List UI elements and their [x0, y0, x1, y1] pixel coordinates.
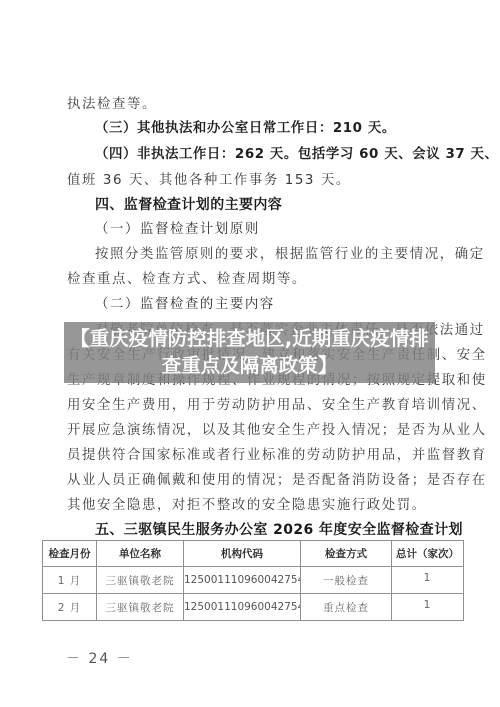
- cell-total: 1: [392, 594, 464, 621]
- paragraph-text: 检查重点、检查方式、检查周期等。: [67, 271, 307, 289]
- header-month: 检查月份: [43, 541, 97, 567]
- paragraph-text: 按照分类监管原则的要求，根据监管行业的主要情况，确定: [95, 246, 485, 264]
- table-row: 2 月 三驱镇敬老院 125001110960042754 重点检查 1: [43, 594, 464, 621]
- section-5-title: 五、三驱镇民生服务办公室 2026 年度安全监督检查计划: [95, 521, 463, 539]
- cell-org-code: 125001110960042754: [184, 594, 301, 621]
- paragraph-text: 开展应急演练情况，以及其他安全生产投入情况；是否为从业人: [67, 422, 487, 440]
- cell-inspection-method: 一般检查: [301, 567, 392, 594]
- paragraph-text: 用安全生产费用，用于劳动防护用品、安全生产教育培训情况、: [67, 397, 487, 415]
- header-total: 总计（家次）: [392, 541, 464, 567]
- paragraph-item-3: （三）其他执法和办公室日常工作日：210 天。: [95, 120, 396, 138]
- inspection-plan-table: 检查月份 单位名称 机构代码 检查方式 总计（家次） 1 月 三驱镇敬老院 12…: [42, 540, 463, 621]
- subsection-1-title: （一）监督检查计划原则: [95, 221, 260, 239]
- header-inspection-method: 检查方式: [301, 541, 392, 567]
- page-number: － 24 －: [66, 648, 133, 668]
- paragraph-text: 员提供符合国家标准或者行业标准的劳动防护用品，并监督教育: [67, 447, 487, 465]
- paragraph-text: 其他安全隐患，对拒不整改的安全隐患实施行政处罚。: [67, 497, 427, 515]
- cell-inspection-method: 重点检查: [301, 594, 392, 621]
- title-overlay-banner: 【重庆疫情防控排查地区,近期重庆疫情排查重点及隔离政策】: [64, 322, 435, 383]
- header-org-code: 机构代码: [184, 541, 301, 567]
- header-unit-name: 单位名称: [97, 541, 184, 567]
- cell-unit-name: 三驱镇敬老院: [97, 594, 184, 621]
- subsection-2-title: （二）监督检查的主要内容: [95, 296, 275, 314]
- banner-title: 【重庆疫情防控排查地区,近期重庆疫情排查重点及隔离政策】: [64, 325, 435, 379]
- cell-unit-name: 三驱镇敬老院: [97, 567, 184, 594]
- table-header-row: 检查月份 单位名称 机构代码 检查方式 总计（家次）: [43, 541, 464, 567]
- section-4-title: 四、监督检查计划的主要内容: [95, 196, 282, 214]
- cell-month: 2 月: [43, 594, 97, 621]
- paragraph-item-4-line2: 值班 36 天、其他各种工作事务 153 天。: [67, 172, 351, 190]
- document-page: 执法检查等。 （三）其他执法和办公室日常工作日：210 天。 （四）非执法工作日…: [0, 0, 500, 707]
- table-row: 1 月 三驱镇敬老院 125001110960042754 一般检查 1: [43, 567, 464, 594]
- paragraph-text: 执法检查等。: [67, 96, 157, 114]
- cell-month: 1 月: [43, 567, 97, 594]
- cell-org-code: 125001110960042754: [184, 567, 301, 594]
- cell-total: 1: [392, 567, 464, 594]
- paragraph-item-4-line1: （四）非执法工作日：262 天。包括学习 60 天、会议 37 天、: [95, 146, 499, 164]
- paragraph-text: 从业人员正确佩戴和使用的情况；是否配备消防设备；是否存在: [67, 472, 487, 490]
